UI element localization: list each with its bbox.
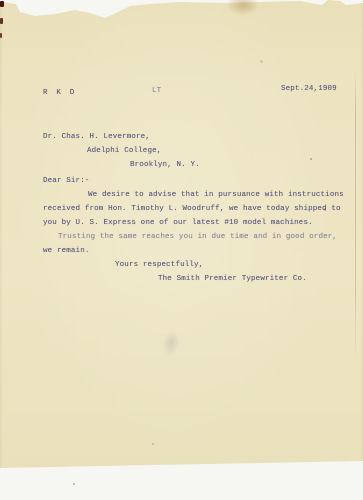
- edge-mark: [0, 33, 2, 38]
- edge-mark: [0, 18, 3, 24]
- body-line: you by U. S. Express one of our latest #…: [43, 219, 313, 227]
- recipient-institution: Adelphi College,: [87, 147, 161, 155]
- body-line: Trusting the same reaches you in due tim…: [58, 233, 337, 241]
- closing-line: Yours respectfully,: [115, 261, 203, 269]
- reference-initials: R K D: [43, 89, 77, 97]
- edge-mark: [0, 1, 4, 7]
- paper-speck: [73, 483, 75, 485]
- recipient-city: Brooklyn, N. Y.: [130, 161, 200, 169]
- paper-crease: [355, 70, 356, 365]
- paper-speck: [260, 60, 263, 63]
- body-line: received from Hon. Timothy L. Woodruff, …: [43, 205, 341, 213]
- recipient-name: Dr. Chas. H. Levermore,: [43, 133, 150, 141]
- salutation: Dear Sir:-: [43, 177, 90, 185]
- body-line: We desire to advise that in pursuance wi…: [88, 191, 344, 199]
- signature-line: The Smith Premier Typewriter Co.: [158, 275, 307, 283]
- body-line: we remain.: [43, 247, 90, 255]
- letter-date: Sept.24,1909: [281, 85, 337, 93]
- paper-speck: [310, 158, 312, 160]
- stenographer-mark: LT: [152, 87, 161, 95]
- paper-speck: [152, 443, 154, 445]
- scanned-letter-image: R K D LT Sept.24,1909 Dr. Chas. H. Lever…: [0, 0, 363, 500]
